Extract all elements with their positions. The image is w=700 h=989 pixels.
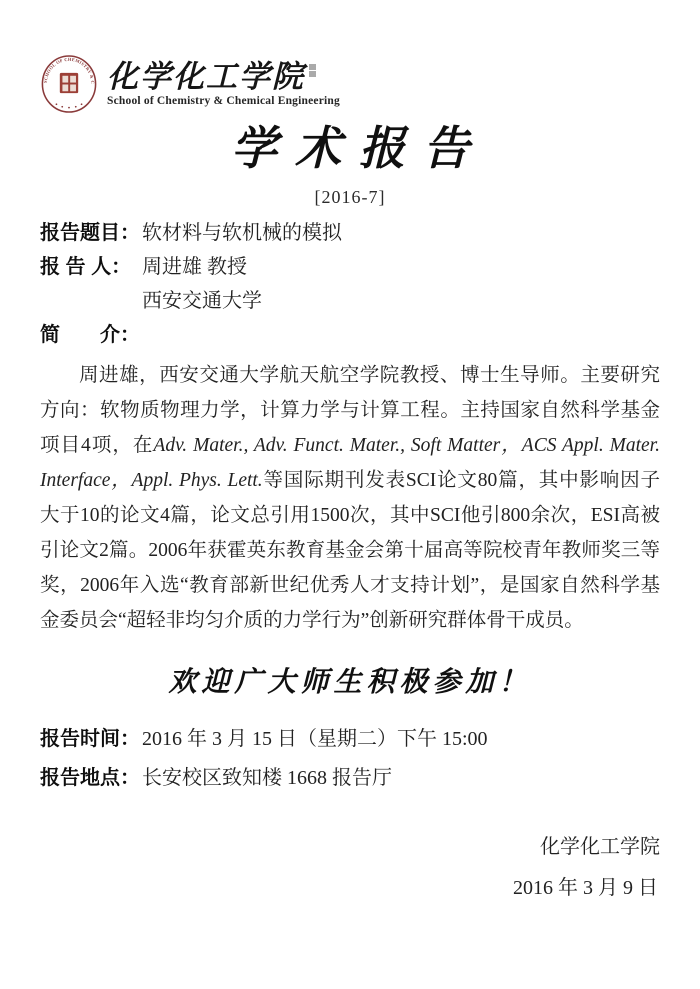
speaker-affiliation-row: 西安交通大学 bbox=[142, 290, 660, 313]
school-name-cn: 化学化工学院 bbox=[107, 61, 305, 94]
speaker-affiliation: 西安交通大学 bbox=[142, 290, 262, 312]
school-logo: SCHOOL OF CHEMISTRY & CHEMICAL ENGINEERI… bbox=[40, 52, 660, 116]
place-label: 报告地点： bbox=[40, 767, 142, 790]
schedule-section: 报告时间：2016 年 3 月 15 日（星期二）下午 15:00 报告地点：长… bbox=[40, 728, 660, 790]
time-row: 报告时间：2016 年 3 月 15 日（星期二）下午 15:00 bbox=[40, 728, 660, 751]
issue-number: [2016-7] bbox=[40, 187, 660, 208]
report-info-section: 报告题目：软材料与软机械的模拟 报 告 人：周进雄 教授 西安交通大学 简 介： bbox=[40, 222, 660, 347]
time-value: 2016 年 3 月 15 日（星期二）下午 15:00 bbox=[142, 728, 488, 750]
bio-part2: 等国际期刊发表SCI论文80篇，其中影响因子大于10的论文4篇，论文总引用150… bbox=[40, 470, 660, 631]
time-label: 报告时间： bbox=[40, 728, 142, 751]
speaker-row: 报 告 人：周进雄 教授 bbox=[40, 256, 660, 279]
welcome-line: 欢迎广大师生积极参加！ bbox=[40, 660, 660, 700]
document-page: SCHOOL OF CHEMISTRY & CHEMICAL ENGINEERI… bbox=[0, 0, 700, 989]
page-title: 学术报告 bbox=[40, 124, 660, 175]
speaker-biography: 周进雄，西安交通大学航天航空学院教授、博士生导师。主要研究方向：软物质物理力学，… bbox=[40, 358, 660, 638]
signature-date: 2016 年 3 月 9 日 bbox=[40, 871, 660, 900]
signature-block: 化学化工学院 2016 年 3 月 9 日 bbox=[40, 830, 660, 900]
topic-value: 软材料与软机械的模拟 bbox=[142, 222, 342, 244]
school-name-en: School of Chemistry & Chemical Engineeri… bbox=[107, 95, 340, 107]
topic-row: 报告题目：软材料与软机械的模拟 bbox=[40, 222, 660, 245]
school-seal-icon: SCHOOL OF CHEMISTRY & CHEMICAL ENGINEERI… bbox=[40, 53, 98, 115]
place-value: 长安校区致知楼 1668 报告厅 bbox=[142, 767, 392, 789]
intro-label-row: 简 介： bbox=[40, 324, 660, 347]
logo-text-block: 化学化工学院 School of Chemistry & Chemical En… bbox=[107, 61, 340, 108]
speaker-value: 周进雄 教授 bbox=[142, 256, 247, 278]
place-row: 报告地点：长安校区致知楼 1668 报告厅 bbox=[40, 767, 660, 790]
signature-org: 化学化工学院 bbox=[40, 830, 660, 859]
intro-label: 简 介： bbox=[40, 324, 142, 347]
logo-mini-stamp-icon bbox=[309, 64, 316, 77]
speaker-label: 报 告 人： bbox=[40, 256, 142, 279]
topic-label: 报告题目： bbox=[40, 222, 142, 245]
